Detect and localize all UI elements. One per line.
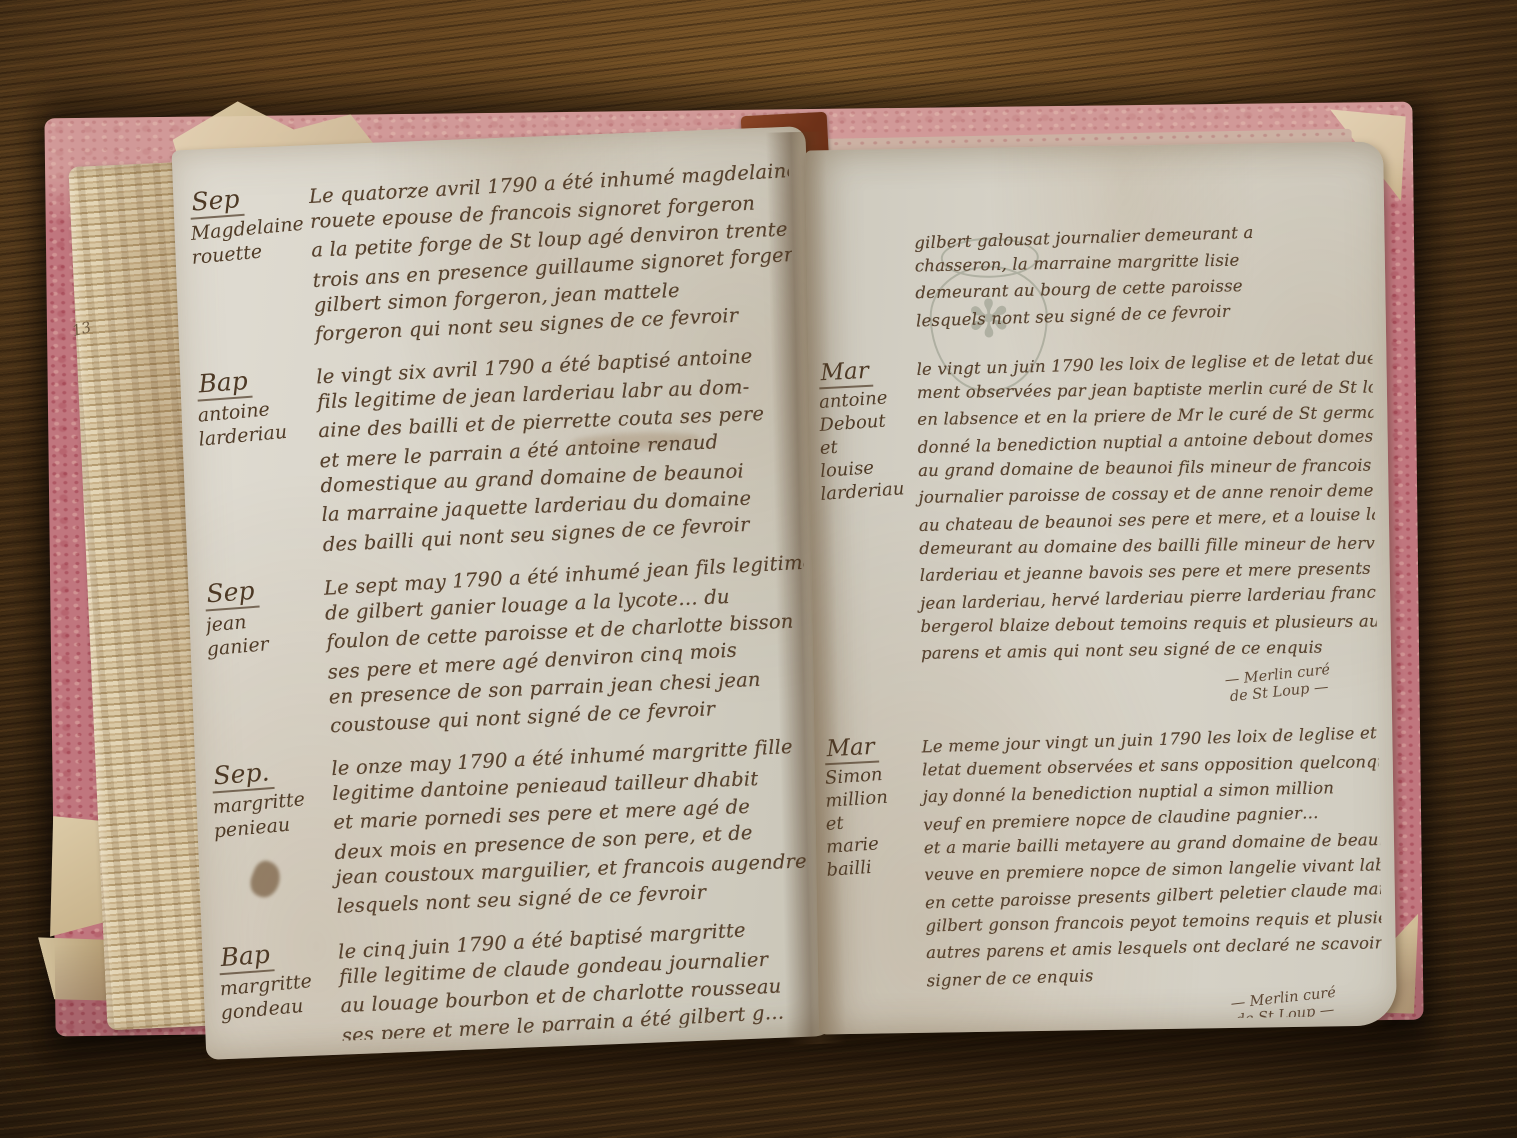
entry-margin: Bapmargrittegondeau: [218, 935, 342, 1046]
priest-signature: — Merlin curéde St Loup —: [1224, 662, 1333, 707]
register-entry: Sep.margrittepenieaule onze may 1790 a é…: [211, 734, 817, 925]
priest-signature: — Merlin curéde St Loup —: [1230, 985, 1339, 1025]
entry-text: le onze may 1790 a été inhumé margritte …: [331, 734, 817, 920]
manuscript-line: ment observées par jean baptiste merlin …: [917, 375, 1373, 407]
manuscript-line: au grand domaine de beaunoi fils mineur …: [918, 452, 1374, 484]
entry-text: Le meme jour vingt un juin 1790 les loix…: [921, 722, 1382, 1024]
register-entry: SepjeanganierLe sept may 1790 a été inhu…: [204, 553, 810, 744]
register-entry: MarantoineDeboutetlouiselarderiaule ving…: [818, 348, 1377, 709]
entry-margin: Sepjeanganier: [204, 571, 330, 743]
entry-type-label: Sep.: [210, 757, 274, 793]
entry-type-label: Sep: [189, 184, 245, 220]
register-entry: gilbert galousat journalier demeurant ac…: [816, 220, 1372, 333]
left-page: SepMagdelainerouetteLe quatorze avril 17…: [172, 126, 840, 1060]
entry-type-label: Bap: [195, 366, 252, 402]
entry-margin: SepMagdelainerouette: [189, 179, 315, 351]
entry-margin: Bapantoinelarderiau: [196, 361, 323, 561]
entry-type-label: Bap: [217, 939, 274, 975]
entry-margin: [816, 227, 916, 333]
register-entry: SepMagdelainerouetteLe quatorze avril 17…: [189, 161, 795, 352]
entry-text: le cinq juin 1790 a été baptisé margritt…: [337, 915, 821, 1045]
manuscript-line: bergerol blaize debout temoins requis et…: [920, 608, 1376, 640]
register-entry: Bapmargrittegondeaule cinq juin 1790 a é…: [218, 916, 822, 1045]
photograph-of-parish-register: 13 SepMagdelainerouetteLe quatorze avril…: [0, 0, 1517, 1138]
entry-text: Le quatorze avril 1790 a été inhumé magd…: [308, 161, 795, 349]
manuscript-line: demeurant au domaine des bailli fille mi…: [919, 530, 1375, 562]
entry-margin: Sep.margrittepenieau: [211, 753, 337, 925]
entry-type-label: Sep: [203, 576, 259, 612]
right-page-text-block: gilbert galousat journalier demeurant ac…: [816, 220, 1382, 1025]
register-entry: MarSimonmillionetmariebailliLe meme jour…: [824, 724, 1383, 1025]
right-page: ✻ gilbert galousat journalier demeurant …: [805, 142, 1397, 1035]
left-page-text-block: SepMagdelainerouetteLe quatorze avril 17…: [189, 161, 822, 1045]
entry-text: le vingt six avril 1790 a été baptisé an…: [316, 343, 803, 557]
entry-text: gilbert galousat journalier demeurant ac…: [914, 220, 1372, 333]
register-entry: Bapantoinelarderiaule vingt six avril 17…: [196, 343, 803, 562]
entry-text: Le sept may 1790 a été inhumé jean fils …: [323, 551, 810, 740]
entry-text: le vingt un juin 1790 les loix de leglis…: [916, 348, 1377, 707]
